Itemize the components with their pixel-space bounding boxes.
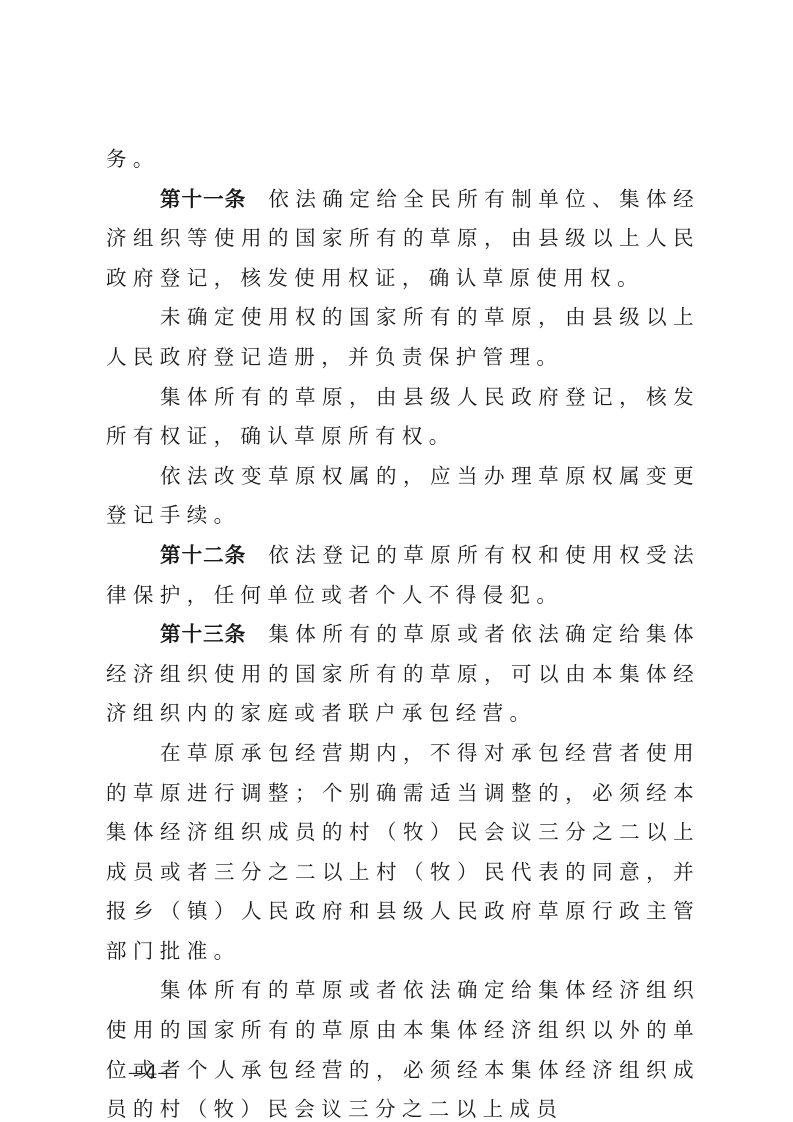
paragraph-text: 未确定使用权的国家所有的草原，由县级以上人民政府登记造册，并负责保护管理。: [106, 305, 700, 369]
paragraph-text: 在草原承包经营期内，不得对承包经营者使用的草原进行调整；个别确需适当调整的，必须…: [106, 741, 700, 963]
paragraph-text: 集体所有的草原，由县级人民政府登记，核发所有权证，确认草原所有权。: [106, 385, 700, 449]
article-heading: 第十二条: [160, 543, 246, 567]
paragraph-text: 务。: [106, 147, 160, 171]
document-body: 务。 第十一条依法确定给全民所有制单位、集体经济组织等使用的国家所有的草原，由县…: [106, 140, 700, 1122]
paragraph: 依法改变草原权属的，应当办理草原权属变更登记手续。: [106, 457, 700, 536]
paragraph: 集体所有的草原或者依法确定给集体经济组织使用的国家所有的草原由本集体经济组织以外…: [106, 971, 700, 1122]
article-heading: 第十三条: [160, 622, 246, 646]
paragraph-article-11: 第十一条依法确定给全民所有制单位、集体经济组织等使用的国家所有的草原，由县级以上…: [106, 180, 700, 299]
paragraph: 集体所有的草原，由县级人民政府登记，核发所有权证，确认草原所有权。: [106, 378, 700, 457]
paragraph: 在草原承包经营期内，不得对承包经营者使用的草原进行调整；个别确需适当调整的，必须…: [106, 734, 700, 972]
paragraph-article-12: 第十二条依法登记的草原所有权和使用权受法律保护，任何单位或者个人不得侵犯。: [106, 536, 700, 615]
article-heading: 第十一条: [160, 187, 246, 211]
paragraph-article-13: 第十三条集体所有的草原或者依法确定给集体经济组织使用的国家所有的草原，可以由本集…: [106, 615, 700, 734]
paragraph-text: 依法改变草原权属的，应当办理草原权属变更登记手续。: [106, 464, 700, 528]
paragraph-text: 集体所有的草原或者依法确定给集体经济组织使用的国家所有的草原由本集体经济组织以外…: [106, 978, 700, 1121]
paragraph-continuation: 务。: [106, 140, 700, 180]
page-number: —4—: [128, 1062, 175, 1083]
paragraph: 未确定使用权的国家所有的草原，由县级以上人民政府登记造册，并负责保护管理。: [106, 298, 700, 377]
